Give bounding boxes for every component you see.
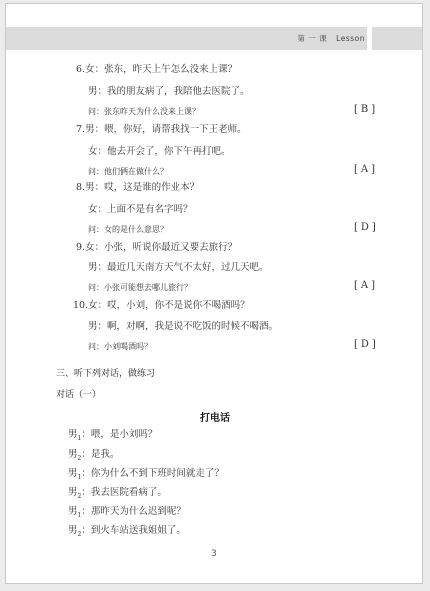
question-6-line1: 6.女：张东，昨天上午怎么没来上课？	[76, 61, 237, 75]
dialogue-line: 男1：喂，是小刘吗？	[68, 426, 157, 442]
question-10-line2: 男：啊，对啊，我是说不吃饭的时候不喝酒。	[88, 318, 278, 332]
page-header: 第 一 课Lesson	[297, 33, 365, 44]
question-6-prompt: 问：张东昨天为什么没来上课？	[88, 106, 200, 117]
question-9-line2: 男：最近几天南方天气不太好，过几天吧。	[88, 259, 269, 273]
question-10-prompt: 问：小刘喝酒吗？	[88, 341, 152, 352]
question-7-prompt: 问：他们俩在做什么？	[88, 166, 168, 177]
dialogue-line: 男2：到火车站送我姐姐了。	[68, 522, 186, 538]
question-9-prompt: 问：小张可能想去哪儿旅行？	[88, 282, 192, 293]
question-9-answer: [A]	[354, 280, 378, 291]
dialogue-line: 男2：是我。	[68, 446, 119, 462]
dialogue-line: 男1：你为什么不到下班时间就走了？	[68, 465, 224, 481]
question-8-prompt: 问：女的是什么意思？	[88, 224, 168, 235]
header-decoration	[367, 27, 372, 50]
question-7-line2: 女：他去开会了，你下午再打吧。	[88, 143, 231, 157]
chapter-label: 第 一 课	[297, 34, 327, 43]
lesson-label: Lesson	[336, 34, 365, 43]
question-7-answer: [A]	[354, 164, 378, 175]
question-6-line2: 男：我的朋友病了，我陪他去医院了。	[88, 83, 250, 97]
dialogue-title: 打电话	[200, 409, 230, 424]
question-8-line1: 8.男：哎，这是谁的作业本？	[76, 179, 199, 193]
page-number: 3	[211, 549, 217, 559]
question-8-answer: [D]	[354, 222, 379, 233]
question-10-line1: 10.女：哎，小刘，你不是说你不喝酒吗？	[73, 297, 250, 311]
question-8-line2: 女：上面不是有名字吗？	[88, 201, 193, 215]
question-7-line1: 7.男：喂，你好，请帮我找一下王老师。	[76, 121, 247, 135]
dialogue-label: 对话（一）	[56, 387, 101, 400]
dialogue-line: 男2：我去医院看病了。	[68, 484, 167, 500]
section-heading: 三、听下列对话，做练习	[56, 366, 155, 379]
question-10-answer: [D]	[354, 339, 379, 350]
question-9-line1: 9.女：小张，听说你最近又要去旅行？	[76, 239, 237, 253]
question-6-answer: [B]	[354, 104, 378, 115]
dialogue-line: 男1：那昨天为什么迟到呢？	[68, 503, 186, 519]
